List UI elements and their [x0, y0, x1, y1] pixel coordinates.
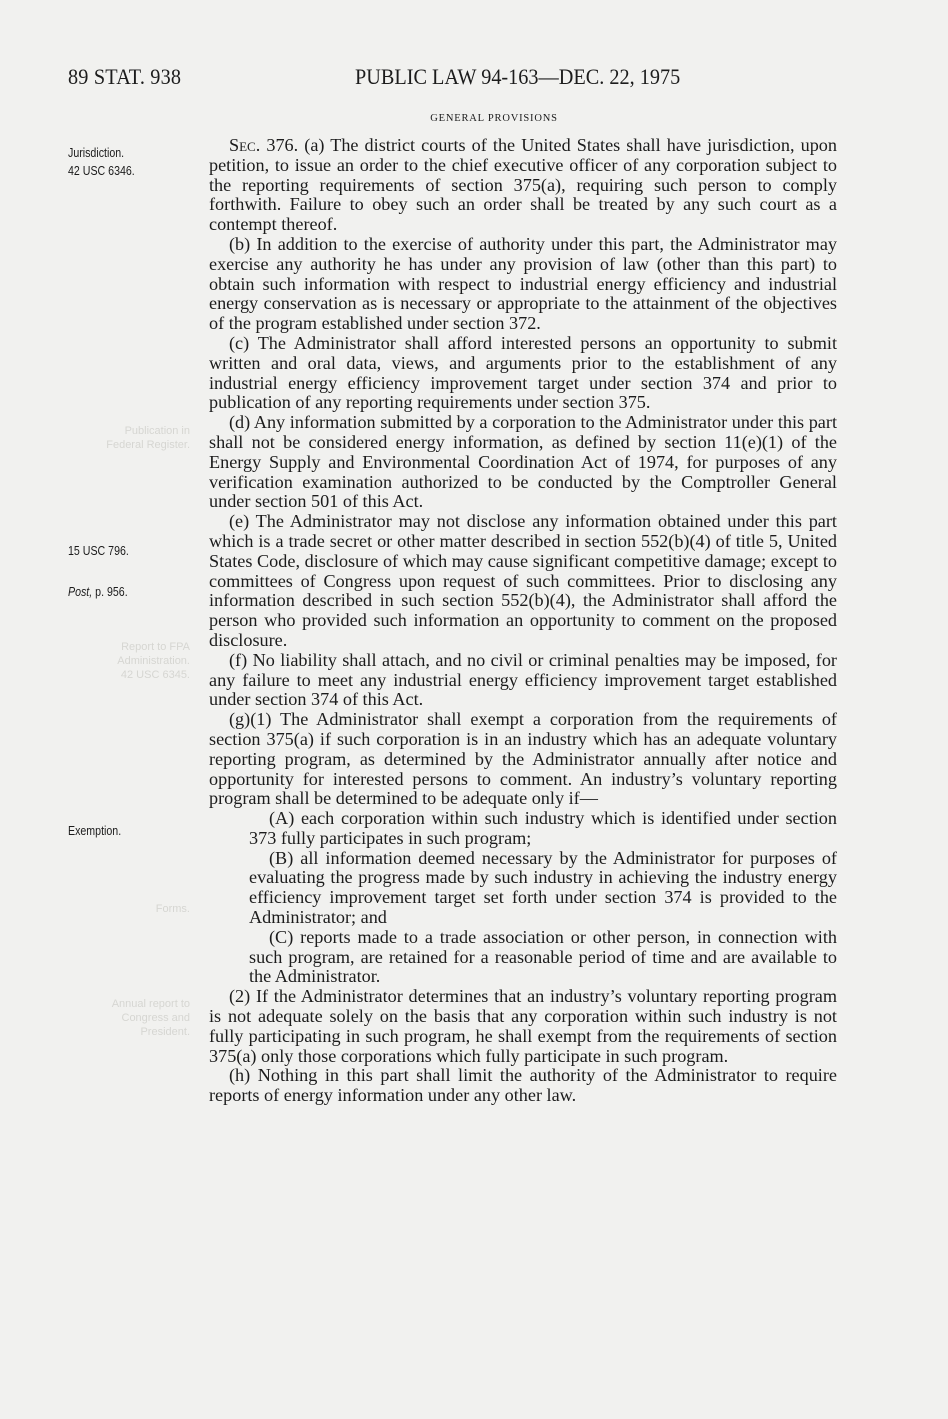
bleed-through-note: Annual report to Congress and President. — [70, 997, 190, 1039]
paragraph-g-b: (B) all information deemed necessary by … — [209, 849, 837, 928]
margin-note-usc-citation: 42 USC 6346. — [68, 163, 135, 180]
paragraph-g-a: (A) each corporation within such industr… — [209, 809, 837, 849]
paragraph-b: (b) In addition to the exercise of autho… — [209, 235, 837, 334]
paragraph-g2: (2) If the Administrator determines that… — [209, 987, 837, 1066]
margin-note-jurisdiction: Jurisdiction. — [68, 145, 124, 162]
paragraph-a-text: 376. (a) The district courts of the Unit… — [209, 135, 837, 234]
page-reference: p. 956. — [92, 585, 127, 599]
post-label: Post, — [68, 585, 92, 599]
paragraph-g1: (g)(1) The Administrator shall exempt a … — [209, 710, 837, 809]
paragraph-e: (e) The Administrator may not disclose a… — [209, 512, 837, 651]
paragraph-c: (c) The Administrator shall afford inter… — [209, 334, 837, 413]
paragraph-h: (h) Nothing in this part shall limit the… — [209, 1066, 837, 1106]
paragraph-f: (f) No liability shall attach, and no ci… — [209, 651, 837, 710]
statute-body: Sec. 376. (a) The district courts of the… — [209, 136, 837, 1106]
section-heading: GENERAL PROVISIONS — [0, 113, 948, 124]
margin-note-exemption: Exemption. — [68, 823, 121, 840]
margin-note-usc-citation: 15 USC 796. — [68, 543, 129, 560]
paragraph-g-c: (C) reports made to a trade association … — [209, 928, 837, 987]
margin-note-post-reference: Post, p. 956. — [68, 584, 128, 601]
paragraph-a: Sec. 376. (a) The district courts of the… — [209, 136, 837, 235]
document-page: 89 STAT. 938 PUBLIC LAW 94-163—DEC. 22, … — [0, 0, 948, 1419]
bleed-through-note: Report to FPA Administration. 42 USC 634… — [70, 640, 190, 682]
bleed-through-note: Publication in Federal Register. — [70, 424, 190, 452]
running-header-title: PUBLIC LAW 94-163—DEC. 22, 1975 — [355, 64, 680, 90]
section-label: Sec. — [229, 135, 260, 155]
paragraph-d: (d) Any information submitted by a corpo… — [209, 413, 837, 512]
statute-page-reference: 89 STAT. 938 — [68, 64, 181, 90]
bleed-through-note: Forms. — [70, 902, 190, 916]
